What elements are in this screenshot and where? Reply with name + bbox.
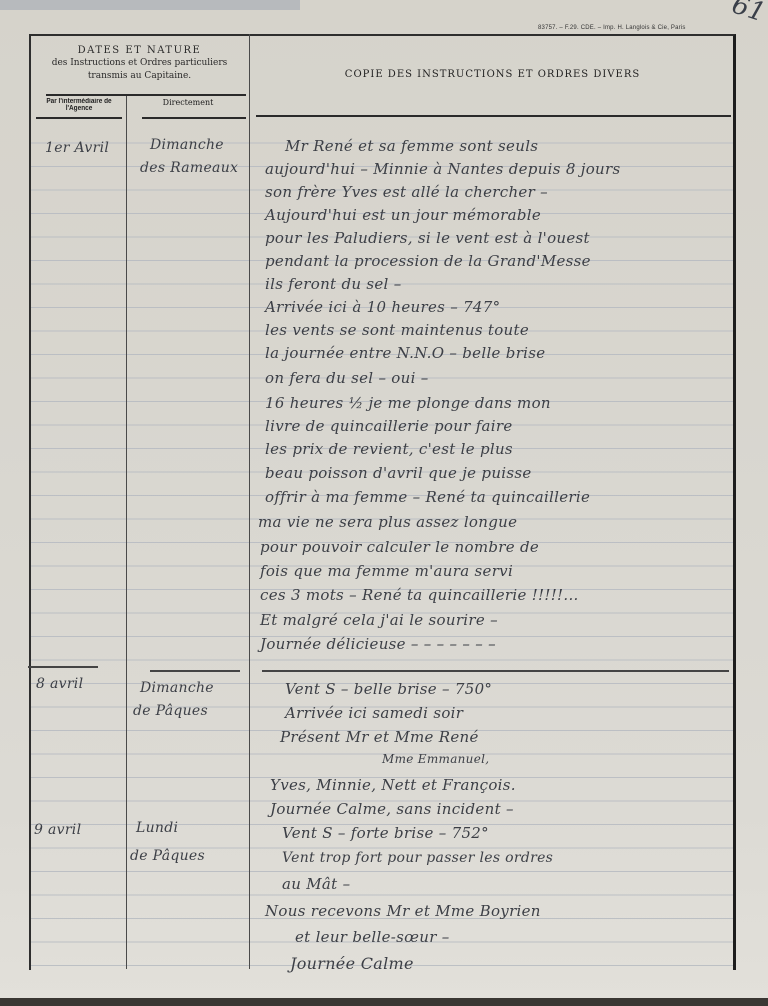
dates-nature-header: DATES ET NATURE des Instructions et Ordr… bbox=[30, 44, 249, 83]
text-line: Vent trop fort pour passer les ordres bbox=[282, 850, 553, 866]
entry-day-2: de Pâques bbox=[130, 848, 205, 864]
text-line: aujourd'hui – Minnie à Nantes depuis 8 j… bbox=[265, 160, 620, 178]
entry-date: 1er Avril bbox=[45, 140, 109, 156]
entry-separator bbox=[28, 666, 98, 668]
copie-rule bbox=[256, 115, 731, 117]
text-line: Mr René et sa femme sont seuls bbox=[285, 137, 538, 155]
background-strip bbox=[0, 0, 300, 10]
dates-nature-subtitle-2: transmis au Capitaine. bbox=[30, 70, 249, 83]
dates-nature-subtitle-1: des Instructions et Ordres particuliers bbox=[30, 57, 249, 70]
text-line: ma vie ne sera plus assez longue bbox=[258, 513, 517, 531]
entry-day: Dimanche bbox=[150, 137, 224, 153]
header-rule bbox=[46, 94, 246, 96]
text-line: Mme Emmanuel, bbox=[382, 752, 489, 766]
text-line: on fera du sel – oui – bbox=[265, 369, 429, 387]
text-line: les vents se sont maintenus toute bbox=[265, 321, 529, 339]
ledger-page: 83757. – F.29. CDE. – Imp. H. Langlois &… bbox=[0, 0, 768, 1006]
column-header-directement: Directement bbox=[128, 98, 248, 107]
column-header-agence: Par l'intermédiaire de l'Agence bbox=[38, 98, 121, 112]
agence-rule bbox=[36, 117, 122, 119]
text-line: et leur belle-sœur – bbox=[295, 928, 450, 946]
entry-day: Dimanche bbox=[140, 680, 214, 696]
text-line: 16 heures ½ je me plonge dans mon bbox=[265, 394, 551, 412]
printer-imprint: 83757. – F.29. CDE. – Imp. H. Langlois &… bbox=[538, 25, 686, 31]
text-line: ils feront du sel – bbox=[265, 275, 402, 293]
text-line: Arrivée ici samedi soir bbox=[285, 704, 463, 722]
text-line: Journée délicieuse – – – – – – – bbox=[260, 635, 496, 653]
text-line: pendant la procession de la Grand'Messe bbox=[265, 252, 591, 270]
text-line: Et malgré cela j'ai le sourire – bbox=[260, 611, 498, 629]
text-line: Présent Mr et Mme René bbox=[280, 728, 479, 746]
entry-date: 8 avril bbox=[36, 676, 83, 692]
text-line: fois que ma femme m'aura servi bbox=[260, 562, 513, 580]
text-line: offrir à ma femme – René ta quincailleri… bbox=[265, 488, 590, 506]
text-line: livre de quincaillerie pour faire bbox=[265, 417, 513, 435]
dates-nature-title: DATES ET NATURE bbox=[30, 44, 249, 57]
text-line: les prix de revient, c'est le plus bbox=[265, 440, 513, 458]
directement-rule bbox=[142, 117, 246, 119]
text-line: Journée Calme bbox=[290, 954, 414, 973]
text-line: Nous recevons Mr et Mme Boyrien bbox=[265, 902, 541, 920]
text-line: Vent S – belle brise – 750° bbox=[285, 680, 492, 698]
column-divider-copie bbox=[249, 34, 250, 969]
column-divider-agence bbox=[126, 94, 127, 969]
text-line: Aujourd'hui est un jour mémorable bbox=[265, 206, 541, 224]
entry-separator bbox=[262, 670, 729, 672]
page-edge bbox=[0, 998, 768, 1006]
entry-day-2: des Rameaux bbox=[140, 160, 238, 176]
copie-header: COPIE DES INSTRUCTIONS ET ORDRES DIVERS bbox=[250, 69, 735, 80]
entry-separator bbox=[150, 670, 240, 672]
entry-date: 9 avril bbox=[34, 822, 81, 838]
text-line: Yves, Minnie, Nett et François. bbox=[270, 776, 516, 794]
entry-day: Lundi bbox=[136, 820, 178, 836]
text-line: Journée Calme, sans incident – bbox=[270, 800, 514, 818]
text-line: Vent S – forte brise – 752° bbox=[282, 824, 489, 842]
text-line: ces 3 mots – René ta quincaillerie !!!!!… bbox=[260, 586, 579, 604]
entry-day-2: de Pâques bbox=[133, 703, 208, 719]
text-line: beau poisson d'avril que je puisse bbox=[265, 464, 532, 482]
folio-number: 61 bbox=[728, 0, 768, 28]
text-line: au Mât – bbox=[282, 875, 350, 893]
text-line: Arrivée ici à 10 heures – 747° bbox=[265, 298, 500, 316]
text-line: la journée entre N.N.O – belle brise bbox=[265, 344, 545, 362]
text-line: pour pouvoir calculer le nombre de bbox=[260, 538, 539, 556]
text-line: son frère Yves est allé la chercher – bbox=[265, 183, 548, 201]
text-line: pour les Paludiers, si le vent est à l'o… bbox=[265, 229, 590, 247]
